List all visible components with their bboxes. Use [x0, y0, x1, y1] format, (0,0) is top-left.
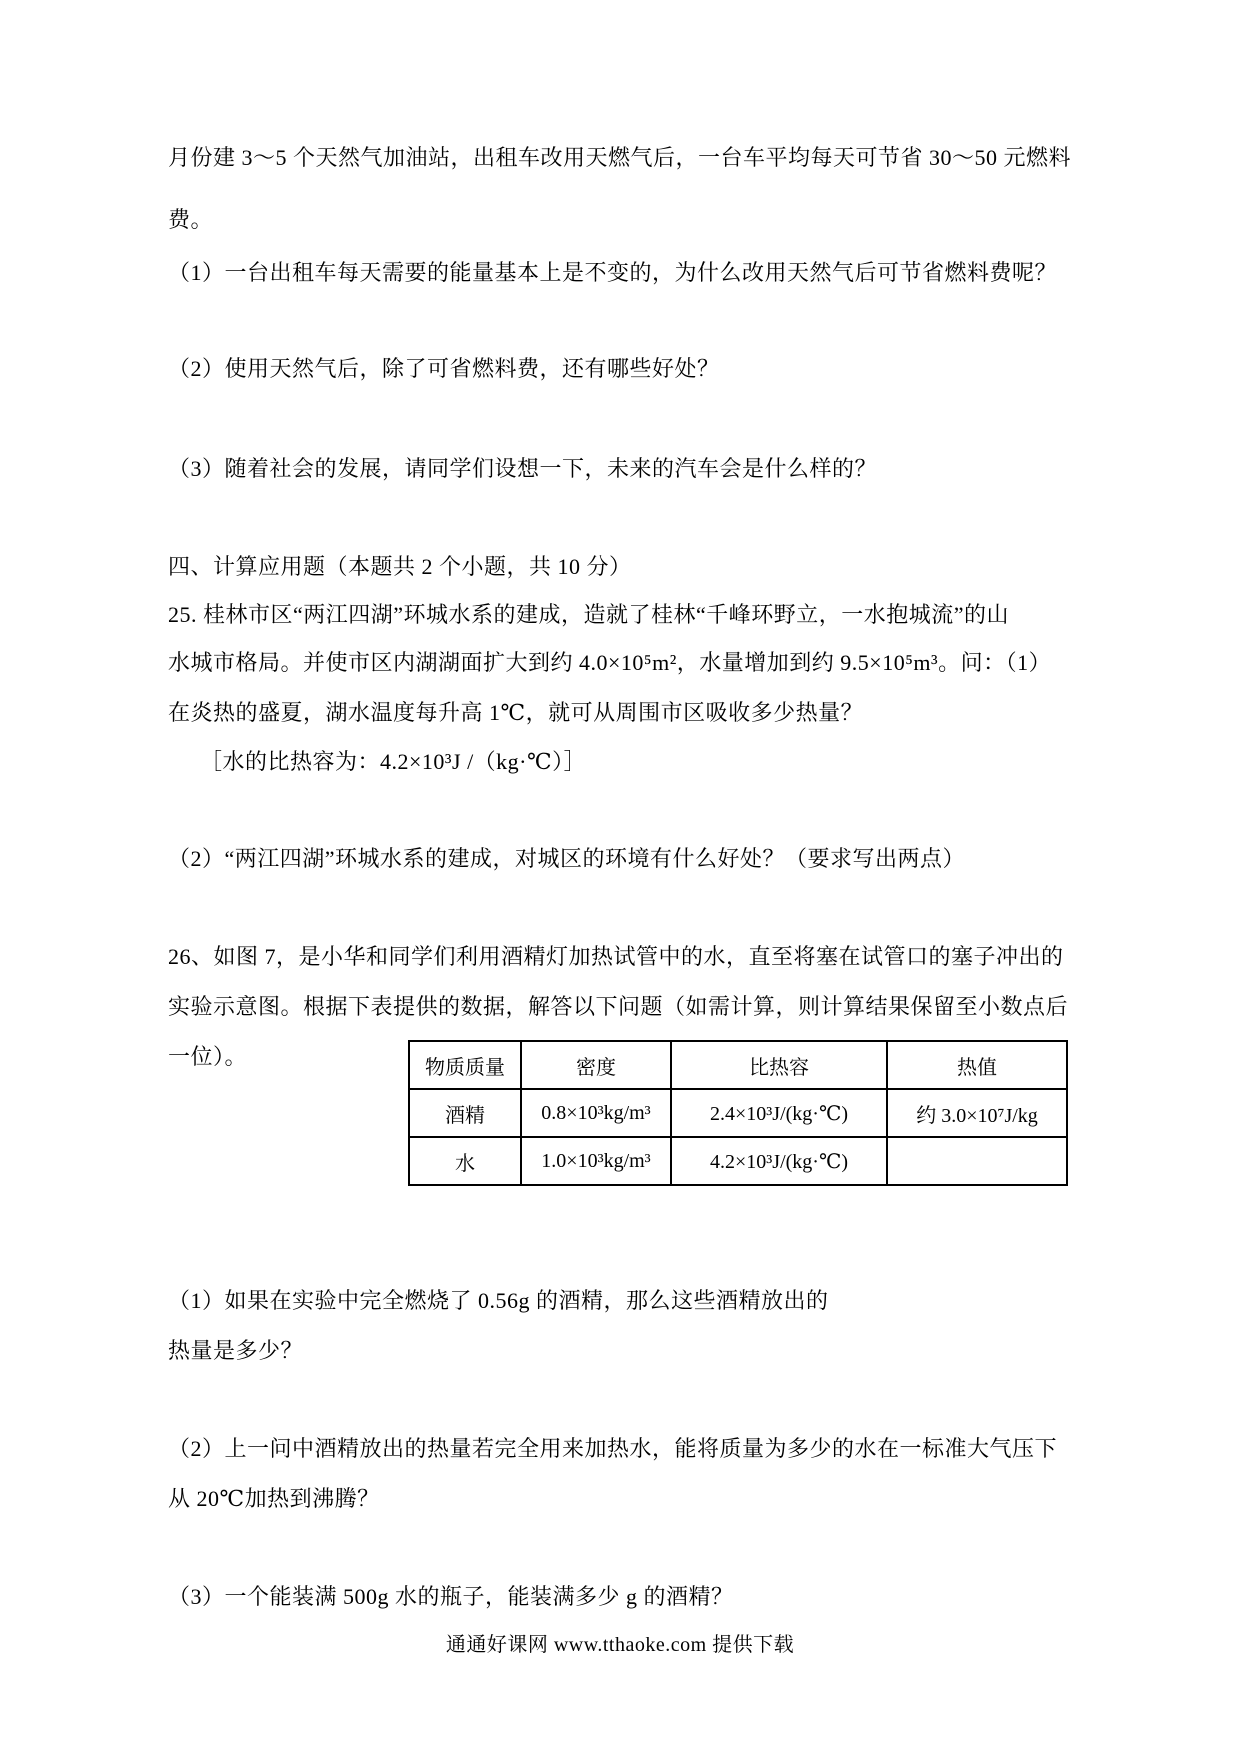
question26-part1-line1: （1）如果在实验中完全燃烧了 0.56g 的酒精，那么这些酒精放出的	[168, 1288, 829, 1314]
question25-intro-1: 25. 桂林市区“两江四湖”环城水系的建成，造就了桂林“千峰环野立，一水抱城流”…	[168, 602, 1009, 628]
table-header-row: 物质质量 密度 比热容 热值	[409, 1041, 1067, 1089]
question25-intro-3: 在炎热的盛夏，湖水温度每升高 1℃，就可从周围市区吸收多少热量？	[168, 700, 863, 726]
header-density: 密度	[521, 1041, 671, 1089]
alcohol-name: 酒精	[409, 1089, 521, 1137]
question25-intro-2: 水城市格局。并使市区内湖湖面扩大到约 4.0×10⁵m²，水量增加到约 9.5×…	[168, 650, 1051, 676]
header-substance: 物质质量	[409, 1041, 521, 1089]
question-part1: （1）一台出租车每天需要的能量基本上是不变的，为什么改用天然气后可节省燃料费呢？	[168, 260, 1057, 286]
question26-intro-3: 一位）。	[168, 1044, 247, 1070]
header-specific-heat: 比热容	[671, 1041, 887, 1089]
footer-watermark: 通通好课网 www.tthaoke.com 提供下载	[0, 1628, 1240, 1657]
materials-properties-table: 物质质量 密度 比热容 热值 酒精 0.8×10³kg/m³ 2.4×10³J/…	[408, 1040, 1068, 1186]
section4-heading: 四、计算应用题（本题共 2 个小题，共 10 分）	[168, 554, 632, 580]
alcohol-density: 0.8×10³kg/m³	[521, 1089, 671, 1137]
document-page: 月份建 3～5 个天然气加油站，出租车改用天燃气后，一台车平均每天可节省 30～…	[0, 0, 1240, 1754]
table-row-water: 水 1.0×10³kg/m³ 4.2×10³J/(kg·℃)	[409, 1137, 1067, 1185]
header-heat-value: 热值	[887, 1041, 1067, 1089]
question26-part3: （3）一个能装满 500g 水的瓶子，能装满多少 g 的酒精？	[168, 1584, 734, 1610]
question26-intro-1: 26、如图 7，是小华和同学们利用酒精灯加热试管中的水，直至将塞在试管口的塞子冲…	[168, 944, 1064, 970]
question26-part2-line2: 从 20℃加热到沸腾？	[168, 1486, 380, 1512]
water-density: 1.0×10³kg/m³	[521, 1137, 671, 1185]
question25-part2: （2）“两江四湖”环城水系的建成，对城区的环境有什么好处？（要求写出两点）	[168, 846, 965, 872]
question26-part1-line2: 热量是多少？	[168, 1338, 303, 1364]
intro-line-1: 月份建 3～5 个天然气加油站，出租车改用天燃气后，一台车平均每天可节省 30～…	[168, 145, 1071, 171]
alcohol-heat-value: 约 3.0×10⁷J/kg	[887, 1089, 1067, 1137]
alcohol-specific-heat: 2.4×10³J/(kg·℃)	[671, 1089, 887, 1137]
question-part2: （2）使用天然气后，除了可省燃料费，还有哪些好处？	[168, 356, 720, 382]
intro-line-2: 费。	[168, 207, 213, 233]
water-heat-value	[887, 1137, 1067, 1185]
table-row-alcohol: 酒精 0.8×10³kg/m³ 2.4×10³J/(kg·℃) 约 3.0×10…	[409, 1089, 1067, 1137]
water-name: 水	[409, 1137, 521, 1185]
water-specific-heat: 4.2×10³J/(kg·℃)	[671, 1137, 887, 1185]
question26-intro-2: 实验示意图。根据下表提供的数据，解答以下问题（如需计算，则计算结果保留至小数点后	[168, 994, 1068, 1020]
question-part3: （3）随着社会的发展，请同学们设想一下，未来的汽车会是什么样的？	[168, 456, 877, 482]
specific-heat-note: ［水的比热容为：4.2×10³J /（kg·℃）］	[200, 749, 586, 775]
question26-part2-line1: （2）上一问中酒精放出的热量若完全用来加热水，能将质量为多少的水在一标准大气压下	[168, 1436, 1057, 1462]
